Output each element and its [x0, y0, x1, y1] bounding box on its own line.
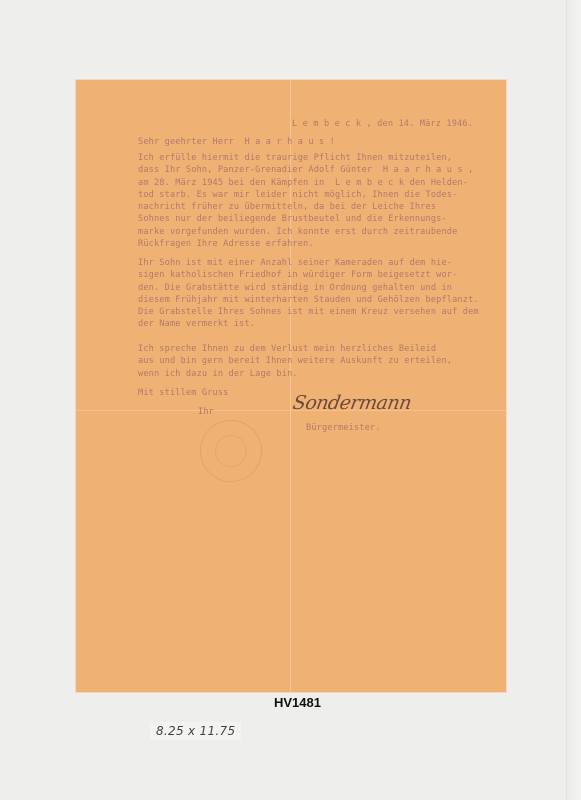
paragraph-1: Ich erfülle hiermit die traurige Pflicht…	[138, 152, 473, 250]
salutation: Sehr geehrter Herr H a a r h a u s !	[138, 136, 335, 148]
paragraph-2: Ihr Sohn ist mit einer Anzahl seiner Kam…	[138, 257, 479, 331]
paragraph-3: Ich spreche Ihnen zu dem Verlust mein he…	[138, 343, 452, 380]
handwritten-size-note: 8.25 x 11.75	[150, 722, 241, 740]
archive-id-label: HV1481	[274, 695, 321, 710]
date-line: L e m b e c k , den 14. März 1946.	[292, 118, 473, 130]
handwritten-signature: Sondermann	[291, 392, 413, 414]
closing-line: Mit stillem Gruss	[138, 387, 229, 399]
signer-title: Bürgermeister.	[306, 422, 381, 434]
letter-paper: L e m b e c k , den 14. März 1946. Sehr …	[76, 80, 506, 692]
closing-ihr: Ihr	[198, 406, 214, 418]
official-stamp-icon	[200, 420, 262, 482]
scanner-edge	[566, 0, 581, 800]
